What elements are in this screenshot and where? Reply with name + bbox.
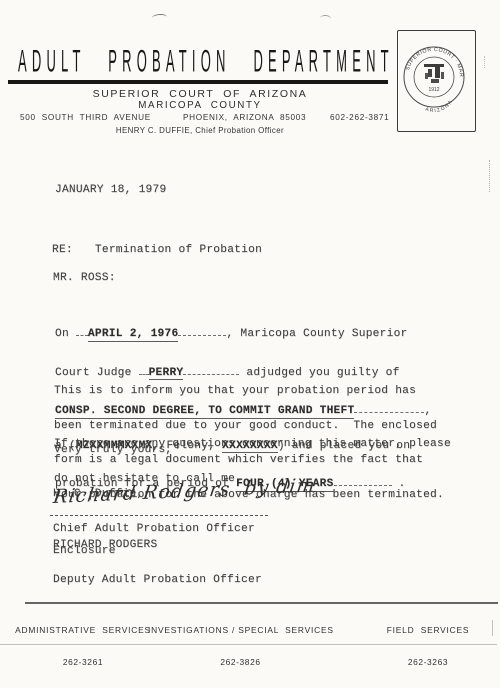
footer-phone: 262-3263: [363, 657, 493, 667]
street-address: 500 SOUTH THIRD AVENUE: [20, 113, 151, 122]
footer-label: FIELD SERVICES: [363, 625, 493, 635]
text-run: On: [55, 328, 76, 340]
phone-number: 602-262-3871: [330, 113, 389, 122]
chief-officer-line: HENRY C. DUFFIE, Chief Probation Officer: [0, 126, 400, 135]
county-name: MARICOPA COUNTY: [0, 100, 400, 111]
letter-page: ADULT PROBATION DEPARTMENT SUPERIOR COUR…: [0, 0, 500, 688]
re-label: RE:: [52, 244, 73, 256]
svg-text:1912: 1912: [428, 87, 439, 93]
header-rule: [8, 80, 388, 84]
bottom-rule: [0, 644, 497, 645]
blank-line: [76, 325, 88, 336]
closing: Very truly yours,: [54, 445, 172, 457]
scan-artifact: [152, 13, 167, 21]
footer-investigations: INVESTIGATIONS / SPECIAL SERVICES 262-38…: [148, 605, 333, 687]
footer-phone: 262-3826: [148, 657, 333, 667]
court-name: SUPERIOR COURT OF ARIZONA: [0, 88, 400, 100]
footer-phone: 262-3261: [8, 657, 158, 667]
sentencing-date-value: APRIL 2, 1976: [88, 328, 179, 342]
scan-artifact: [489, 160, 490, 192]
footer-field-services: FIELD SERVICES 262-3263: [363, 605, 493, 687]
signer-deputy-block: RICHARD RODGERS Deputy Adult Probation O…: [53, 517, 262, 609]
footer-label: INVESTIGATIONS / SPECIAL SERVICES: [148, 625, 333, 635]
scan-artifact: [320, 15, 331, 23]
blank-line: [178, 325, 226, 336]
text-line: This is to inform you that your probatio…: [54, 386, 444, 398]
court-seal-icon: SUPERIOR COURT · MARICOPA COUNTY ARIZONA…: [398, 31, 475, 131]
enclosure-note: Enclosure: [53, 546, 116, 558]
salutation: MR. ROSS:: [53, 273, 116, 285]
charge-line-1: On APRIL 2, 1976, Maricopa County Superi…: [55, 325, 431, 341]
signature-underline: [50, 514, 268, 516]
footer-admin-services: ADMINISTRATIVE SERVICES 262-3261: [8, 605, 158, 687]
text-run: , Maricopa County Superior: [226, 328, 407, 340]
scan-artifact: [484, 56, 485, 68]
city-state-zip: PHOENIX, ARIZONA 85003: [183, 113, 306, 122]
letter-date: JANUARY 18, 1979: [55, 185, 166, 197]
court-seal-box: SUPERIOR COURT · MARICOPA COUNTY ARIZONA…: [397, 30, 476, 132]
footer-label: ADMINISTRATIVE SERVICES: [8, 625, 158, 635]
footer-rule: [25, 602, 498, 604]
re-subject: Termination of Probation: [95, 244, 262, 256]
signer-deputy-title: Deputy Adult Probation Officer: [53, 575, 262, 587]
re-line: RE:Termination of Probation: [52, 245, 262, 257]
department-title: ADULT PROBATION DEPARTMENT: [18, 42, 398, 79]
